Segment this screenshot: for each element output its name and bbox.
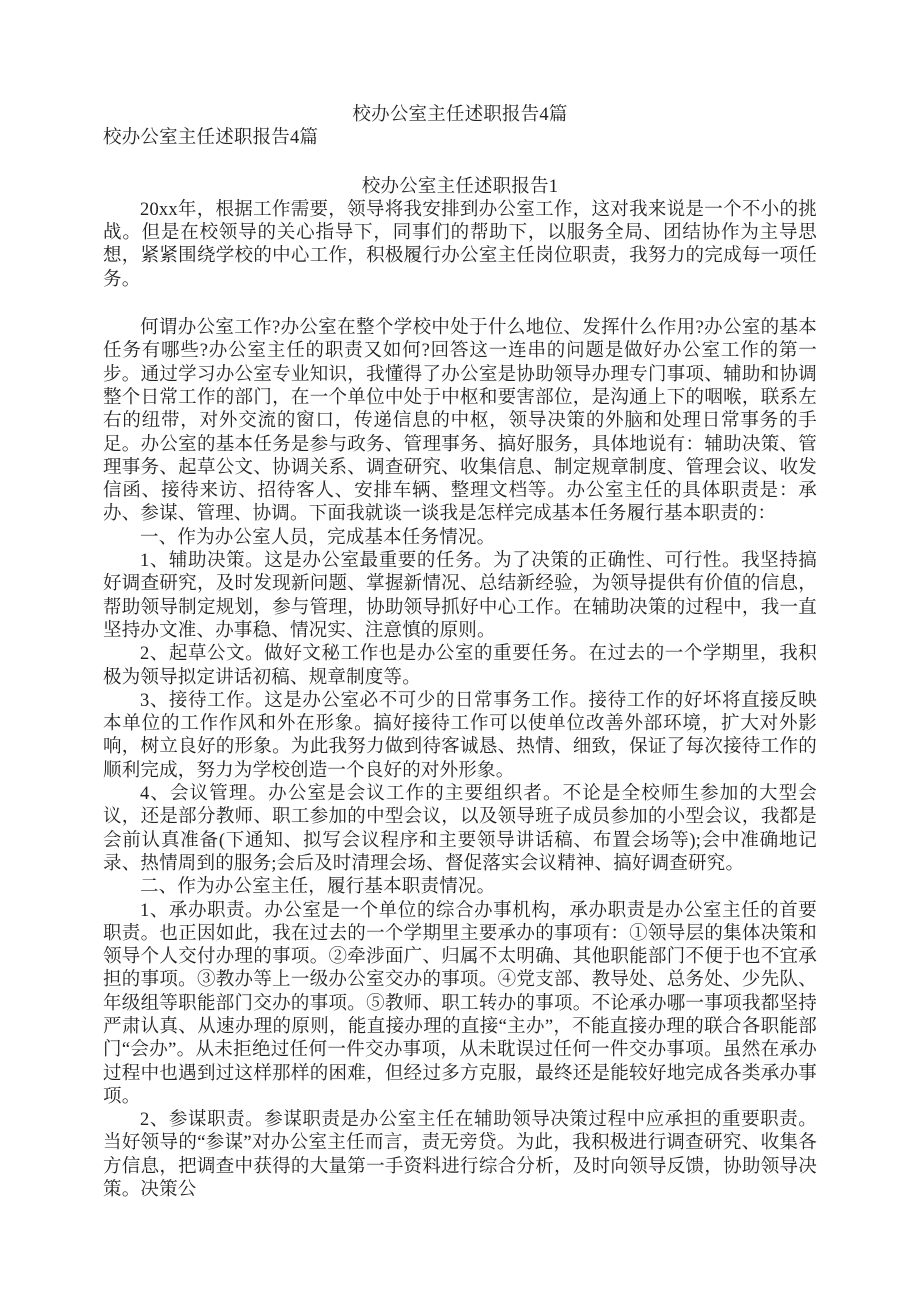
document-content: 校办公室主任述职报告4篇 校办公室主任述职报告4篇 校办公室主任述职报告1 20… [103, 104, 817, 1202]
doc-subtitle: 校办公室主任述职报告4篇 [103, 127, 817, 150]
heading-section-one: 一、作为办公室人员，完成基本任务情况。 [103, 527, 817, 550]
document-page: 校办公室主任述职报告4篇 校办公室主任述职报告4篇 校办公室主任述职报告1 20… [0, 0, 920, 1302]
paragraph-undertaking-duty: 1、承办职责。办公室是一个单位的综合办事机构，承办职责是办公室主任的首要职责。也… [103, 900, 817, 1110]
paragraph-meeting-management: 4、会议管理。办公室是会议工作的主要组织者。不论是全校师生参加的大型会议，还是部… [103, 783, 817, 876]
paragraph-reception-work: 3、接待工作。这是办公室必不可少的日常事务工作。接待工作的好坏将直接反映本单位的… [103, 690, 817, 783]
heading-section-two: 二、作为办公室主任，履行基本职责情况。 [103, 876, 817, 899]
paragraph-office-definition: 何谓办公室工作?办公室在整个学校中处于什么地位、发挥什么作用?办公室的基本任务有… [103, 317, 817, 527]
paragraph-opening: 20xx年，根据工作需要，领导将我安排到办公室工作，这对我来说是一个不小的挑战。… [103, 199, 817, 292]
blank-line [103, 151, 817, 176]
paragraph-advisor-duty: 2、参谋职责。参谋职责是办公室主任在辅助领导决策过程中应承担的重要职责。当好领导… [103, 1109, 817, 1202]
report-1-heading: 校办公室主任述职报告1 [103, 176, 817, 199]
paragraph-assist-decision: 1、辅助决策。这是办公室最重要的任务。为了决策的正确性、可行性。我坚持搞好调查研… [103, 550, 817, 643]
doc-title: 校办公室主任述职报告4篇 [103, 104, 817, 127]
blank-line [103, 292, 817, 317]
paragraph-drafting-documents: 2、起草公文。做好文秘工作也是办公室的重要任务。在过去的一个学期里，我积极为领导… [103, 643, 817, 690]
